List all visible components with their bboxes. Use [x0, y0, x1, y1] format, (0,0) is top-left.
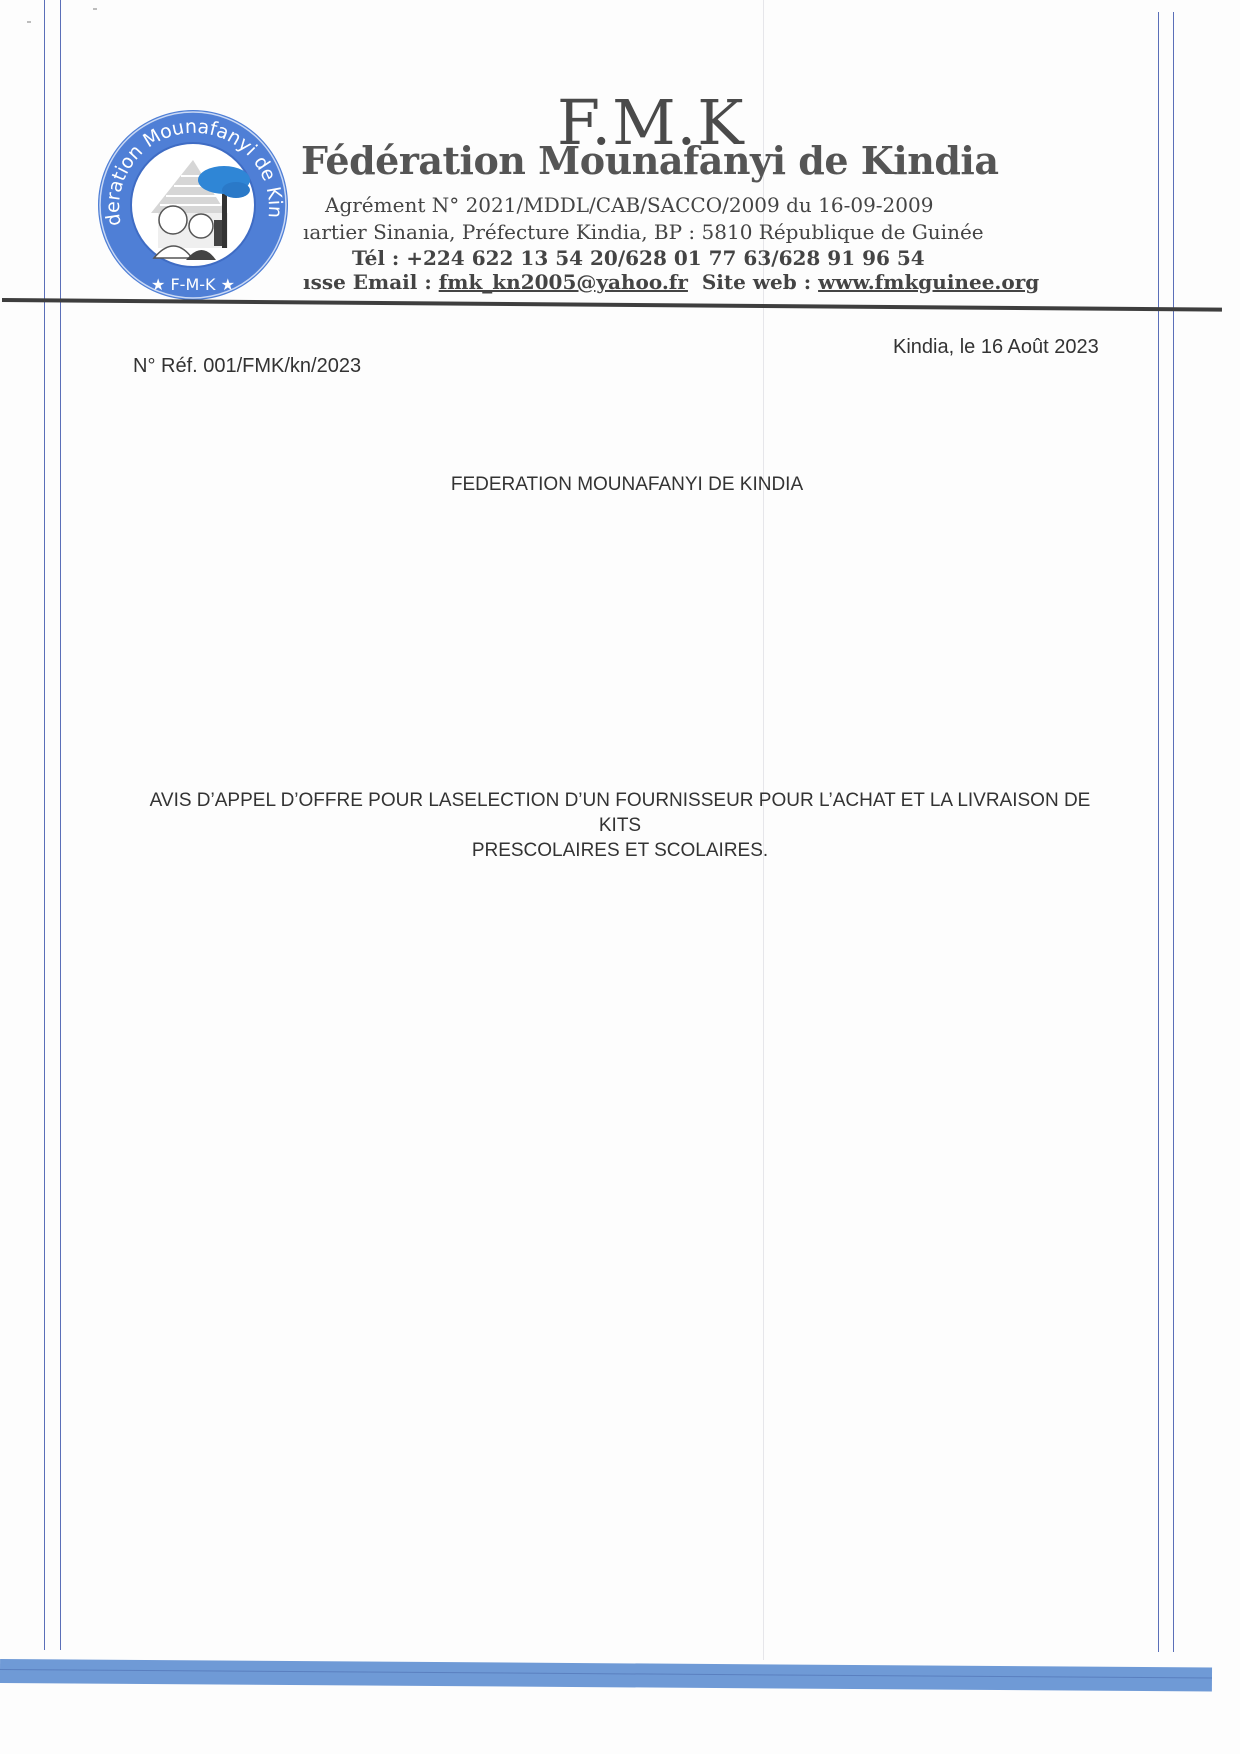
- reference-number: N° Réf. 001/FMK/kn/2023: [133, 355, 361, 378]
- letterhead-agrement: Agrément N° 2021/MDDL/CAB/SACCO/2009 du …: [325, 195, 933, 215]
- letterhead-phone: Tél : +224 622 13 54 20/628 01 77 63/628…: [352, 248, 925, 268]
- organization-heading: FEDERATION MOUNAFANYI DE KINDIA: [0, 474, 1240, 496]
- margin-line-right-inner: [1173, 12, 1174, 1652]
- letterhead-contact-line: ısse Email : fmk_kn2005@yahoo.fr Site we…: [303, 272, 1039, 292]
- subject-line-2: PRESCOLAIRES ET SCOLAIRES.: [140, 838, 1100, 863]
- document-date: Kindia, le 16 Août 2023: [893, 336, 1099, 359]
- subject-line-1: AVIS D’APPEL D’OFFRE POUR LASELECTION D’…: [140, 788, 1100, 838]
- scan-speck: [27, 21, 31, 23]
- fmk-logo: Federation Mounafanyi de Kindia ★ F-M-K …: [96, 108, 290, 302]
- header-rule: [2, 298, 1222, 312]
- svg-text:★ F-M-K ★: ★ F-M-K ★: [151, 275, 235, 294]
- letterhead-organization-name: Fédération Mounafanyi de Kindia: [301, 142, 998, 180]
- email-label: ısse Email :: [303, 270, 439, 294]
- website-link[interactable]: www.fmkguinee.org: [818, 270, 1039, 294]
- margin-line-right-outer: [1158, 12, 1159, 1652]
- subject-title: AVIS D’APPEL D’OFFRE POUR LASELECTION D’…: [140, 788, 1100, 863]
- email-link[interactable]: fmk_kn2005@yahoo.fr: [439, 270, 688, 294]
- website-label: Site web :: [688, 270, 818, 294]
- footer-band: [0, 1659, 1212, 1691]
- margin-line-left-inner: [60, 0, 61, 1650]
- margin-line-left-outer: [44, 0, 45, 1650]
- scan-speck: [93, 8, 97, 10]
- letterhead-address: ıartier Sinania, Préfecture Kindia, BP :…: [303, 222, 984, 242]
